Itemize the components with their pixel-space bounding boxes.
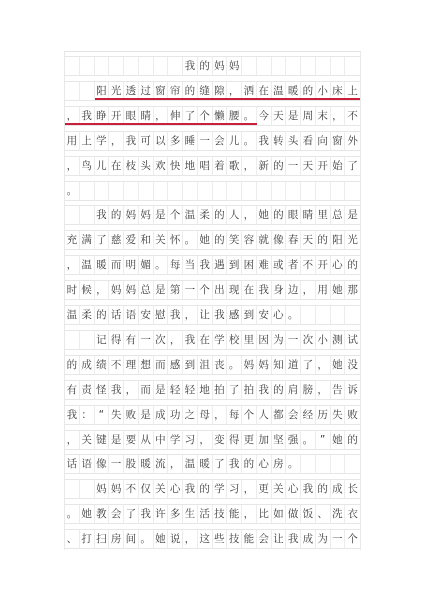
- grid-cells: 记得有一次，我在学校里因为一次小测试: [65, 330, 360, 350]
- grid-cell: 身: [272, 281, 287, 299]
- grid-cell: 加: [257, 431, 272, 449]
- grid-cell: 的: [213, 231, 228, 249]
- grid-cell: 到: [183, 356, 198, 374]
- grid-cell: [80, 82, 95, 100]
- grid-cell: 困: [242, 256, 257, 274]
- grid-cell: 坚: [272, 431, 287, 449]
- grid-cell: 学: [213, 331, 228, 349]
- essay-line: 有责怪我，而是轻轻地拍了拍我的肩膀，告诉: [65, 376, 360, 401]
- grid-cell: 我: [80, 107, 95, 125]
- grid-cells: 我的妈妈是个温柔的人，她的眼睛里总是: [65, 205, 360, 225]
- grid-cell: 记: [95, 331, 110, 349]
- grid-cell: 比: [257, 505, 272, 523]
- grid-cell: 一: [109, 455, 124, 473]
- grid-cell: [95, 57, 110, 75]
- grid-cell: 是: [154, 281, 169, 299]
- grid-cell: 唱: [198, 157, 213, 175]
- grid-cell: ，: [242, 480, 257, 498]
- grid-cell: 了: [124, 505, 139, 523]
- grid-cell: 了: [227, 381, 242, 399]
- grid-cell: ：: [80, 406, 95, 424]
- grid-cell: [213, 182, 228, 200]
- grid-cell: 、: [316, 505, 331, 523]
- grid-cell: 快: [168, 157, 183, 175]
- grid-cell: 是: [109, 431, 124, 449]
- grid-cell: [331, 182, 346, 200]
- grid-cell: 学: [168, 431, 183, 449]
- grid-cell: 如: [272, 505, 287, 523]
- grid-cell: 没: [345, 356, 360, 374]
- grid-cell: 衣: [345, 505, 360, 523]
- grid-cell: [272, 57, 287, 75]
- grid-cell: 出: [213, 281, 228, 299]
- grid-cell: 和: [139, 231, 154, 249]
- grid-cell: ，: [213, 406, 228, 424]
- grid-cell: 的: [316, 480, 331, 498]
- grid-cell: 为: [272, 331, 287, 349]
- essay-line: 话语像一股暖流，温暖了我的心房。: [65, 450, 360, 475]
- grid-cells: 我的妈妈: [65, 56, 360, 76]
- essay-line: 充满了慈爱和关怀。她的笑容就像春天的阳光: [65, 226, 360, 251]
- grid-cell: 安: [257, 306, 272, 324]
- grid-cell: 总: [331, 206, 346, 224]
- grid-cell: 让: [198, 306, 213, 324]
- grid-cell: 里: [316, 206, 331, 224]
- grid-cell: [257, 182, 272, 200]
- grid-cell: 我: [183, 480, 198, 498]
- grid-cell: 妈: [124, 281, 139, 299]
- grid-cell: 成: [80, 356, 95, 374]
- grid-cell: 边: [286, 281, 301, 299]
- grid-cell: 她: [80, 505, 95, 523]
- grid-cell: 不: [124, 480, 139, 498]
- essay-line: ，温暖而明媚。每当我遇到困难或者不开心的: [65, 251, 360, 276]
- grid-cell: [198, 182, 213, 200]
- essay-line: 、打扫房间。她说，这些技能会让我成为一个: [65, 525, 360, 550]
- grid-cell: 像: [272, 231, 287, 249]
- grid-cell: 。: [286, 306, 301, 324]
- grid-cell: 的: [65, 356, 80, 374]
- grid-cell: 一: [139, 331, 154, 349]
- grid-cell: 知: [272, 356, 287, 374]
- grid-cell: [331, 306, 346, 324]
- grid-cell: [301, 306, 316, 324]
- grid-cell: 而: [154, 356, 169, 374]
- grid-cell: [80, 57, 95, 75]
- grid-cell: 洒: [242, 82, 257, 100]
- grid-cell: 鸟: [80, 157, 95, 175]
- grid-cell: 。: [286, 455, 301, 473]
- grid-cell: 爱: [124, 231, 139, 249]
- grid-cell: 洗: [331, 505, 346, 523]
- grid-cell: 周: [301, 107, 316, 125]
- grid-cell: 人: [257, 406, 272, 424]
- grid-cell: 转: [272, 132, 287, 150]
- grid-cell: 难: [257, 256, 272, 274]
- grid-cell: 感: [227, 306, 242, 324]
- grid-cell: ，: [183, 530, 198, 548]
- grid-cell: 能: [227, 505, 242, 523]
- grid-cell: 她: [257, 206, 272, 224]
- grid-cell: ，: [154, 107, 169, 125]
- grid-cell: 的: [213, 206, 228, 224]
- grid-cell: [168, 182, 183, 200]
- grid-cell: 向: [316, 132, 331, 150]
- grid-cell: 她: [331, 356, 346, 374]
- grid-cell: 次: [154, 331, 169, 349]
- grid-cell: 多: [168, 505, 183, 523]
- grid-cell: 每: [227, 406, 242, 424]
- grid-cell: 遇: [213, 256, 228, 274]
- grid-cell: ，: [316, 381, 331, 399]
- grid-cell: 试: [345, 331, 360, 349]
- grid-cell: 更: [242, 431, 257, 449]
- grid-cell: 个: [242, 406, 257, 424]
- grid-cell: 我: [286, 530, 301, 548]
- grid-cell: 在: [198, 331, 213, 349]
- grid-cell: [316, 57, 331, 75]
- grid-cell: 膀: [301, 381, 316, 399]
- grid-cell: ，: [168, 331, 183, 349]
- grid-cell: [316, 182, 331, 200]
- grid-cell: 帘: [168, 82, 183, 100]
- grid-cell: 过: [139, 82, 154, 100]
- grid-cell: 扫: [95, 530, 110, 548]
- grid-cell: [272, 182, 287, 200]
- grid-cell: 长: [345, 480, 360, 498]
- grid-cell: 总: [139, 281, 154, 299]
- grid-cell: 春: [286, 231, 301, 249]
- grid-cell: 说: [168, 530, 183, 548]
- grid-cell: 妈: [257, 356, 272, 374]
- grid-cell: 习: [183, 431, 198, 449]
- grid-cell: [80, 182, 95, 200]
- grid-cell: 眼: [286, 206, 301, 224]
- essay-line: 。她教会了我许多生活技能，比如做饭、洗衣: [65, 500, 360, 525]
- grid-cell: 柔: [80, 306, 95, 324]
- grid-cell: 成: [301, 530, 316, 548]
- grid-cell: 。: [65, 182, 80, 200]
- grid-cell: 或: [272, 256, 287, 274]
- grid-cell: [345, 455, 360, 473]
- grid-cell: 心: [286, 480, 301, 498]
- grid-cell: 、: [65, 530, 80, 548]
- grid-cell: 每: [168, 256, 183, 274]
- composition-grid-paper: 我的妈妈阳光透过窗帘的缝隙，洒在温暖的小床上，我睁开眼睛，伸了个懒腰。今天是周末…: [64, 51, 361, 550]
- grid-cell: 的: [95, 306, 110, 324]
- grid-cell: 者: [286, 256, 301, 274]
- grid-cell: 饭: [301, 505, 316, 523]
- grid-cell: 中: [154, 431, 169, 449]
- grid-cell: 学: [213, 480, 228, 498]
- grid-cell: 温: [272, 82, 287, 100]
- grid-cell: 容: [242, 231, 257, 249]
- grid-cell: 功: [168, 406, 183, 424]
- grid-cell: 房: [272, 455, 287, 473]
- grid-cell: [242, 57, 257, 75]
- grid-cell: 关: [154, 480, 169, 498]
- grid-cell: 她: [331, 281, 346, 299]
- grid-cell: 我: [139, 505, 154, 523]
- grid-cell: 我: [183, 331, 198, 349]
- grid-cell: 以: [154, 132, 169, 150]
- grid-cell: 可: [139, 132, 154, 150]
- grid-cell: [139, 182, 154, 200]
- grid-cell: 些: [213, 530, 228, 548]
- grid-cells: 用上学，我可以多睡一会儿。我转头看向窗外: [65, 131, 360, 151]
- grid-cell: 天: [301, 157, 316, 175]
- grid-cell: 透: [124, 82, 139, 100]
- grid-cell: 的: [345, 431, 360, 449]
- grid-cell: [95, 182, 110, 200]
- grid-cell: 头: [139, 157, 154, 175]
- grid-cell: 失: [331, 406, 346, 424]
- grid-cell: [65, 331, 80, 349]
- grid-cell: 话: [109, 306, 124, 324]
- grid-cell: 到: [242, 306, 257, 324]
- grid-cell: 多: [168, 132, 183, 150]
- grid-cell: 光: [345, 231, 360, 249]
- grid-cell: 想: [139, 356, 154, 374]
- grid-cell: [345, 182, 360, 200]
- grid-cell: 诉: [345, 381, 360, 399]
- grid-cell: 明: [124, 256, 139, 274]
- grid-cell: 个: [198, 281, 213, 299]
- grid-cell: ，: [65, 107, 80, 125]
- grid-cell: 末: [316, 107, 331, 125]
- grid-cell: 一: [286, 157, 301, 175]
- grid-cell: 我: [213, 306, 228, 324]
- grid-cell: 经: [301, 406, 316, 424]
- grid-cell: [168, 57, 183, 75]
- grid-cell: 就: [257, 231, 272, 249]
- grid-cell: ”: [316, 431, 331, 449]
- grid-cell: [257, 57, 272, 75]
- grid-cell: ，: [65, 256, 80, 274]
- grid-cell: 的: [242, 455, 257, 473]
- grid-cell: 。: [227, 356, 242, 374]
- grid-cell: 温: [183, 206, 198, 224]
- grid-cell: 学: [95, 132, 110, 150]
- grid-cell: 之: [183, 406, 198, 424]
- grid-cell: 生: [183, 505, 198, 523]
- grid-cell: [301, 455, 316, 473]
- grid-cell: 了: [213, 455, 228, 473]
- grid-cell: 的: [272, 157, 287, 175]
- red-underline-annotation: [95, 98, 361, 100]
- grid-cell: 的: [198, 480, 213, 498]
- grid-cell: 股: [124, 455, 139, 473]
- grid-cell: ，: [124, 381, 139, 399]
- grid-cell: 窗: [154, 82, 169, 100]
- grid-cell: 慰: [154, 306, 169, 324]
- grid-cell: [124, 57, 139, 75]
- grid-cell: 上: [345, 82, 360, 100]
- grid-cell: 有: [124, 331, 139, 349]
- grid-cell: 第: [168, 281, 183, 299]
- grid-cell: [331, 455, 346, 473]
- grid-cell: 许: [154, 505, 169, 523]
- grid-cell: 强: [286, 431, 301, 449]
- grid-cells: 我：“失败是成功之母，每个人都会经历失败: [65, 405, 360, 425]
- grid-cell: ，: [331, 107, 346, 125]
- grid-cell: 有: [65, 381, 80, 399]
- grid-cell: 个: [168, 206, 183, 224]
- grid-cell: 时: [65, 281, 80, 299]
- grid-cell: 一: [286, 331, 301, 349]
- grid-cell: 满: [80, 231, 95, 249]
- grid-cell: 丧: [213, 356, 228, 374]
- grid-cell: 温: [80, 256, 95, 274]
- grid-cells: 的成绩不理想而感到沮丧。妈妈知道了，她没: [65, 355, 360, 375]
- grid-cell: 的: [345, 256, 360, 274]
- essay-line: 时候，妈妈总是第一个出现在我身边，用她那: [65, 276, 360, 301]
- grid-cell: 个: [198, 107, 213, 125]
- grid-cell: 儿: [95, 157, 110, 175]
- grid-cells: 妈妈不仅关心我的学习，更关心我的成长: [65, 479, 360, 499]
- grid-cell: 。: [183, 231, 198, 249]
- grid-cell: [331, 57, 346, 75]
- grid-cell: [154, 57, 169, 75]
- grid-cell: 她: [331, 431, 346, 449]
- grid-cell: 因: [257, 331, 272, 349]
- grid-cell: 在: [257, 82, 272, 100]
- grid-cell: [154, 182, 169, 200]
- essay-title-row: 我的妈妈: [65, 52, 360, 77]
- grid-cell: 成: [154, 406, 169, 424]
- grid-cell: 流: [154, 455, 169, 473]
- grid-cell: 窗: [331, 132, 346, 150]
- grid-cell: 打: [80, 530, 95, 548]
- grid-cell: “: [95, 406, 110, 424]
- grid-cells: 温柔的话语安慰我，让我感到安心。: [65, 305, 360, 325]
- grid-cell: 肩: [286, 381, 301, 399]
- grid-cell: 校: [227, 331, 242, 349]
- essay-line: 。: [65, 177, 360, 202]
- essay-line: ，关键是要从中学习，变得更加坚强。”她的: [65, 426, 360, 451]
- grid-cell: 的: [272, 381, 287, 399]
- grid-cell: 活: [198, 505, 213, 523]
- grid-cell: 的: [183, 82, 198, 100]
- grid-cell: 隙: [213, 82, 228, 100]
- grid-cell: 枝: [124, 157, 139, 175]
- grid-cell: 更: [257, 480, 272, 498]
- grid-cell: [139, 57, 154, 75]
- grid-cell: 绩: [95, 356, 110, 374]
- grid-cells: 、打扫房间。她说，这些技能会让我成为一个: [65, 529, 360, 549]
- grid-cell: 暖: [198, 455, 213, 473]
- grid-cell: 的: [272, 206, 287, 224]
- essay-line: 妈妈不仅关心我的学习，更关心我的成长: [65, 475, 360, 500]
- grid-cell: 一: [331, 530, 346, 548]
- grid-cell: ，: [316, 356, 331, 374]
- grid-cell: 慈: [109, 231, 124, 249]
- grid-cell: 从: [139, 431, 154, 449]
- grid-cell: 当: [183, 256, 198, 274]
- grid-cell: 历: [316, 406, 331, 424]
- grid-cell: 变: [213, 431, 228, 449]
- grid-cell: 暖: [95, 256, 110, 274]
- grid-cell: [301, 182, 316, 200]
- grid-cell: 天: [272, 107, 287, 125]
- grid-cell: [242, 182, 257, 200]
- grid-cell: 我: [257, 381, 272, 399]
- grid-cells: ，关键是要从中学习，变得更加坚强。”她的: [65, 430, 360, 450]
- grid-cell: 而: [109, 256, 124, 274]
- grid-cell: 房: [109, 530, 124, 548]
- grid-cell: 用: [316, 281, 331, 299]
- grid-cell: 她: [198, 231, 213, 249]
- grid-cell: 在: [242, 281, 257, 299]
- grid-cell: 得: [227, 431, 242, 449]
- grid-cell: 妈: [124, 206, 139, 224]
- grid-cell: 妈: [95, 480, 110, 498]
- grid-cell: 一: [183, 281, 198, 299]
- grid-cell: 阳: [95, 82, 110, 100]
- essay-line: 用上学，我可以多睡一会儿。我转头看向窗外: [65, 127, 360, 152]
- grid-cell: 人: [227, 206, 242, 224]
- grid-cell: 我: [198, 256, 213, 274]
- grid-cell: 不: [345, 107, 360, 125]
- grid-cell: 睛: [301, 206, 316, 224]
- grid-cell: 会: [213, 132, 228, 150]
- grid-cell: [316, 306, 331, 324]
- grid-cell: ，: [183, 306, 198, 324]
- grid-cell: 安: [139, 306, 154, 324]
- grid-cell: 天: [301, 231, 316, 249]
- grid-cell: 。: [139, 530, 154, 548]
- grid-cell: 着: [213, 157, 228, 175]
- grid-cell: 用: [65, 132, 80, 150]
- grid-cell: 开: [316, 157, 331, 175]
- grid-cell: 技: [213, 505, 228, 523]
- grid-cell: 告: [331, 381, 346, 399]
- grid-cell: 的: [109, 206, 124, 224]
- grid-cell: ，: [168, 455, 183, 473]
- grid-cell: 开: [109, 107, 124, 125]
- grid-cell: [124, 182, 139, 200]
- grid-cells: 时候，妈妈总是第一个出现在我身边，用她那: [65, 280, 360, 300]
- grid-cell: 我: [257, 132, 272, 150]
- red-underline-annotation: [65, 123, 257, 125]
- grid-cell: 我: [65, 406, 80, 424]
- grid-cell: 了: [301, 356, 316, 374]
- grid-cell: 暖: [139, 455, 154, 473]
- grid-cell: 温: [183, 455, 198, 473]
- grid-cell: 怪: [95, 381, 110, 399]
- grid-cell: 小: [316, 331, 331, 349]
- grid-cell: 的: [301, 82, 316, 100]
- grid-cell: 我: [109, 381, 124, 399]
- grid-cells: 充满了慈爱和关怀。她的笑容就像春天的阳光: [65, 230, 360, 250]
- grid-cell: 是: [154, 206, 169, 224]
- grid-cell: 睡: [183, 132, 198, 150]
- grid-cell: 我: [257, 281, 272, 299]
- grid-cell: 了: [95, 231, 110, 249]
- grid-cell: 妈: [139, 206, 154, 224]
- grid-cell: 懒: [213, 107, 228, 125]
- essay-line: 我：“失败是成功之母，每个人都会经历失败: [65, 401, 360, 426]
- grid-cell: [316, 455, 331, 473]
- grid-cell: 眼: [124, 107, 139, 125]
- grid-cell: 开: [316, 256, 331, 274]
- grid-cell: 外: [345, 132, 360, 150]
- grid-cell: 为: [316, 530, 331, 548]
- grid-cell: ，: [65, 157, 80, 175]
- grid-cell: 关: [80, 431, 95, 449]
- grid-cell: 测: [331, 331, 346, 349]
- grid-cell: 小: [316, 82, 331, 100]
